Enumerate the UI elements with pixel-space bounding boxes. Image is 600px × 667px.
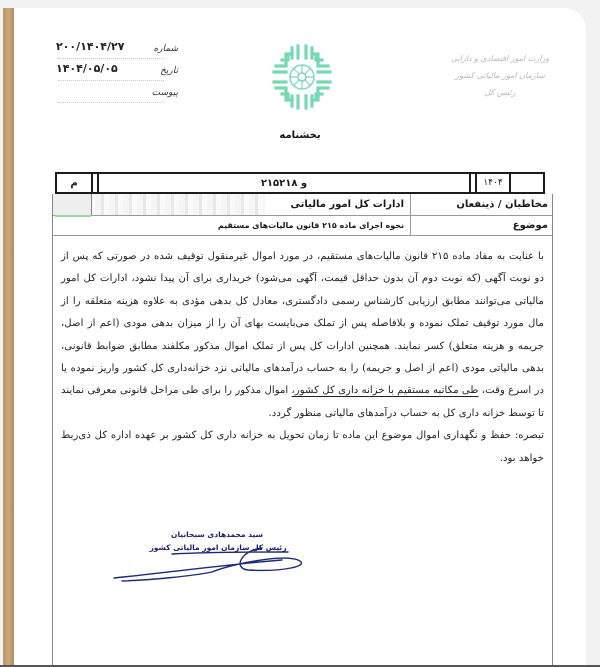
office-line: رئیس کل bbox=[440, 84, 560, 101]
tax-organization-emblem-icon bbox=[272, 44, 332, 110]
document-title: بخشنامه bbox=[0, 130, 600, 141]
letter-date: ۱۴۰۴/۰۵/۰۵ bbox=[56, 62, 118, 75]
dotted-line bbox=[58, 80, 164, 81]
letter-number: ۲۰۰/۱۴۰۴/۲۷ bbox=[56, 40, 124, 53]
ministry-line: وزارت امور اقتصادی و دارایی bbox=[440, 50, 560, 67]
letter-meta: ۲۰۰/۱۴۰۴/۲۷ شماره ۱۴۰۴/۰۵/۰۵ تاریخ پیوست bbox=[48, 40, 178, 106]
circular-body-text: با عنایت به مفاد ماده ۲۱۵ قانون مالیات‌ه… bbox=[61, 246, 544, 470]
dotted-line bbox=[58, 58, 164, 59]
letter-date-label: تاریخ bbox=[160, 66, 178, 76]
signature-block: سید محمدهادی سبحانیان رئیس کل سازمان امو… bbox=[112, 526, 342, 586]
strip-cell-m: م bbox=[57, 174, 93, 192]
paragraph-text: با عنایت به مفاد ماده ۲۱۵ قانون مالیات‌ه… bbox=[61, 251, 544, 396]
recipients-label: مخاطبان / ذینفعان bbox=[410, 194, 552, 215]
letter-number-label: شماره bbox=[153, 44, 178, 54]
subject-value: نحوه اجرای ماده ۲۱۵ قانون مالیات‌های مست… bbox=[53, 216, 410, 235]
letter-attachment-row: پیوست bbox=[48, 84, 178, 106]
underlined-text: طی مکاتبه مستقیم با خزانه داری کل کشور، bbox=[292, 385, 479, 396]
strip-cell-articles: ۲۱۵و ۲۱۸ bbox=[99, 174, 471, 192]
main-paragraph: با عنایت به مفاد ماده ۲۱۵ قانون مالیات‌ه… bbox=[61, 246, 544, 425]
subject-row: موضوع نحوه اجرای ماده ۲۱۵ قانون مالیات‌ه… bbox=[53, 216, 552, 236]
ministry-letterhead: وزارت امور اقتصادی و دارایی سازمان امور … bbox=[440, 50, 560, 101]
binder-edge bbox=[3, 8, 14, 667]
letter-date-row: ۱۴۰۴/۰۵/۰۵ تاریخ bbox=[48, 62, 178, 84]
strip-cell-blank bbox=[511, 174, 543, 192]
redacted-stamp bbox=[53, 194, 92, 215]
dotted-line bbox=[58, 102, 164, 103]
signatory-name: سید محمدهادی سبحانیان bbox=[162, 530, 272, 539]
organization-line: سازمان امور مالیاتی کشور bbox=[440, 67, 560, 84]
strip-cell-year: ۱۴۰۴ bbox=[477, 174, 511, 192]
note-paragraph: تبصره: حفظ و نگهداری اموال موضوع این ماد… bbox=[61, 425, 544, 470]
letter-number-row: ۲۰۰/۱۴۰۴/۲۷ شماره bbox=[48, 40, 178, 62]
handwritten-signature-icon bbox=[112, 542, 342, 582]
letter-attachment-label: پیوست bbox=[152, 88, 178, 98]
circular-body-frame: مخاطبان / ذینفعان ادارات کل امور مالیاتی… bbox=[52, 194, 553, 667]
subject-label: موضوع bbox=[410, 216, 552, 235]
circular-code-strip: م ۲۱۵و ۲۱۸ ۱۴۰۴ bbox=[55, 172, 545, 194]
